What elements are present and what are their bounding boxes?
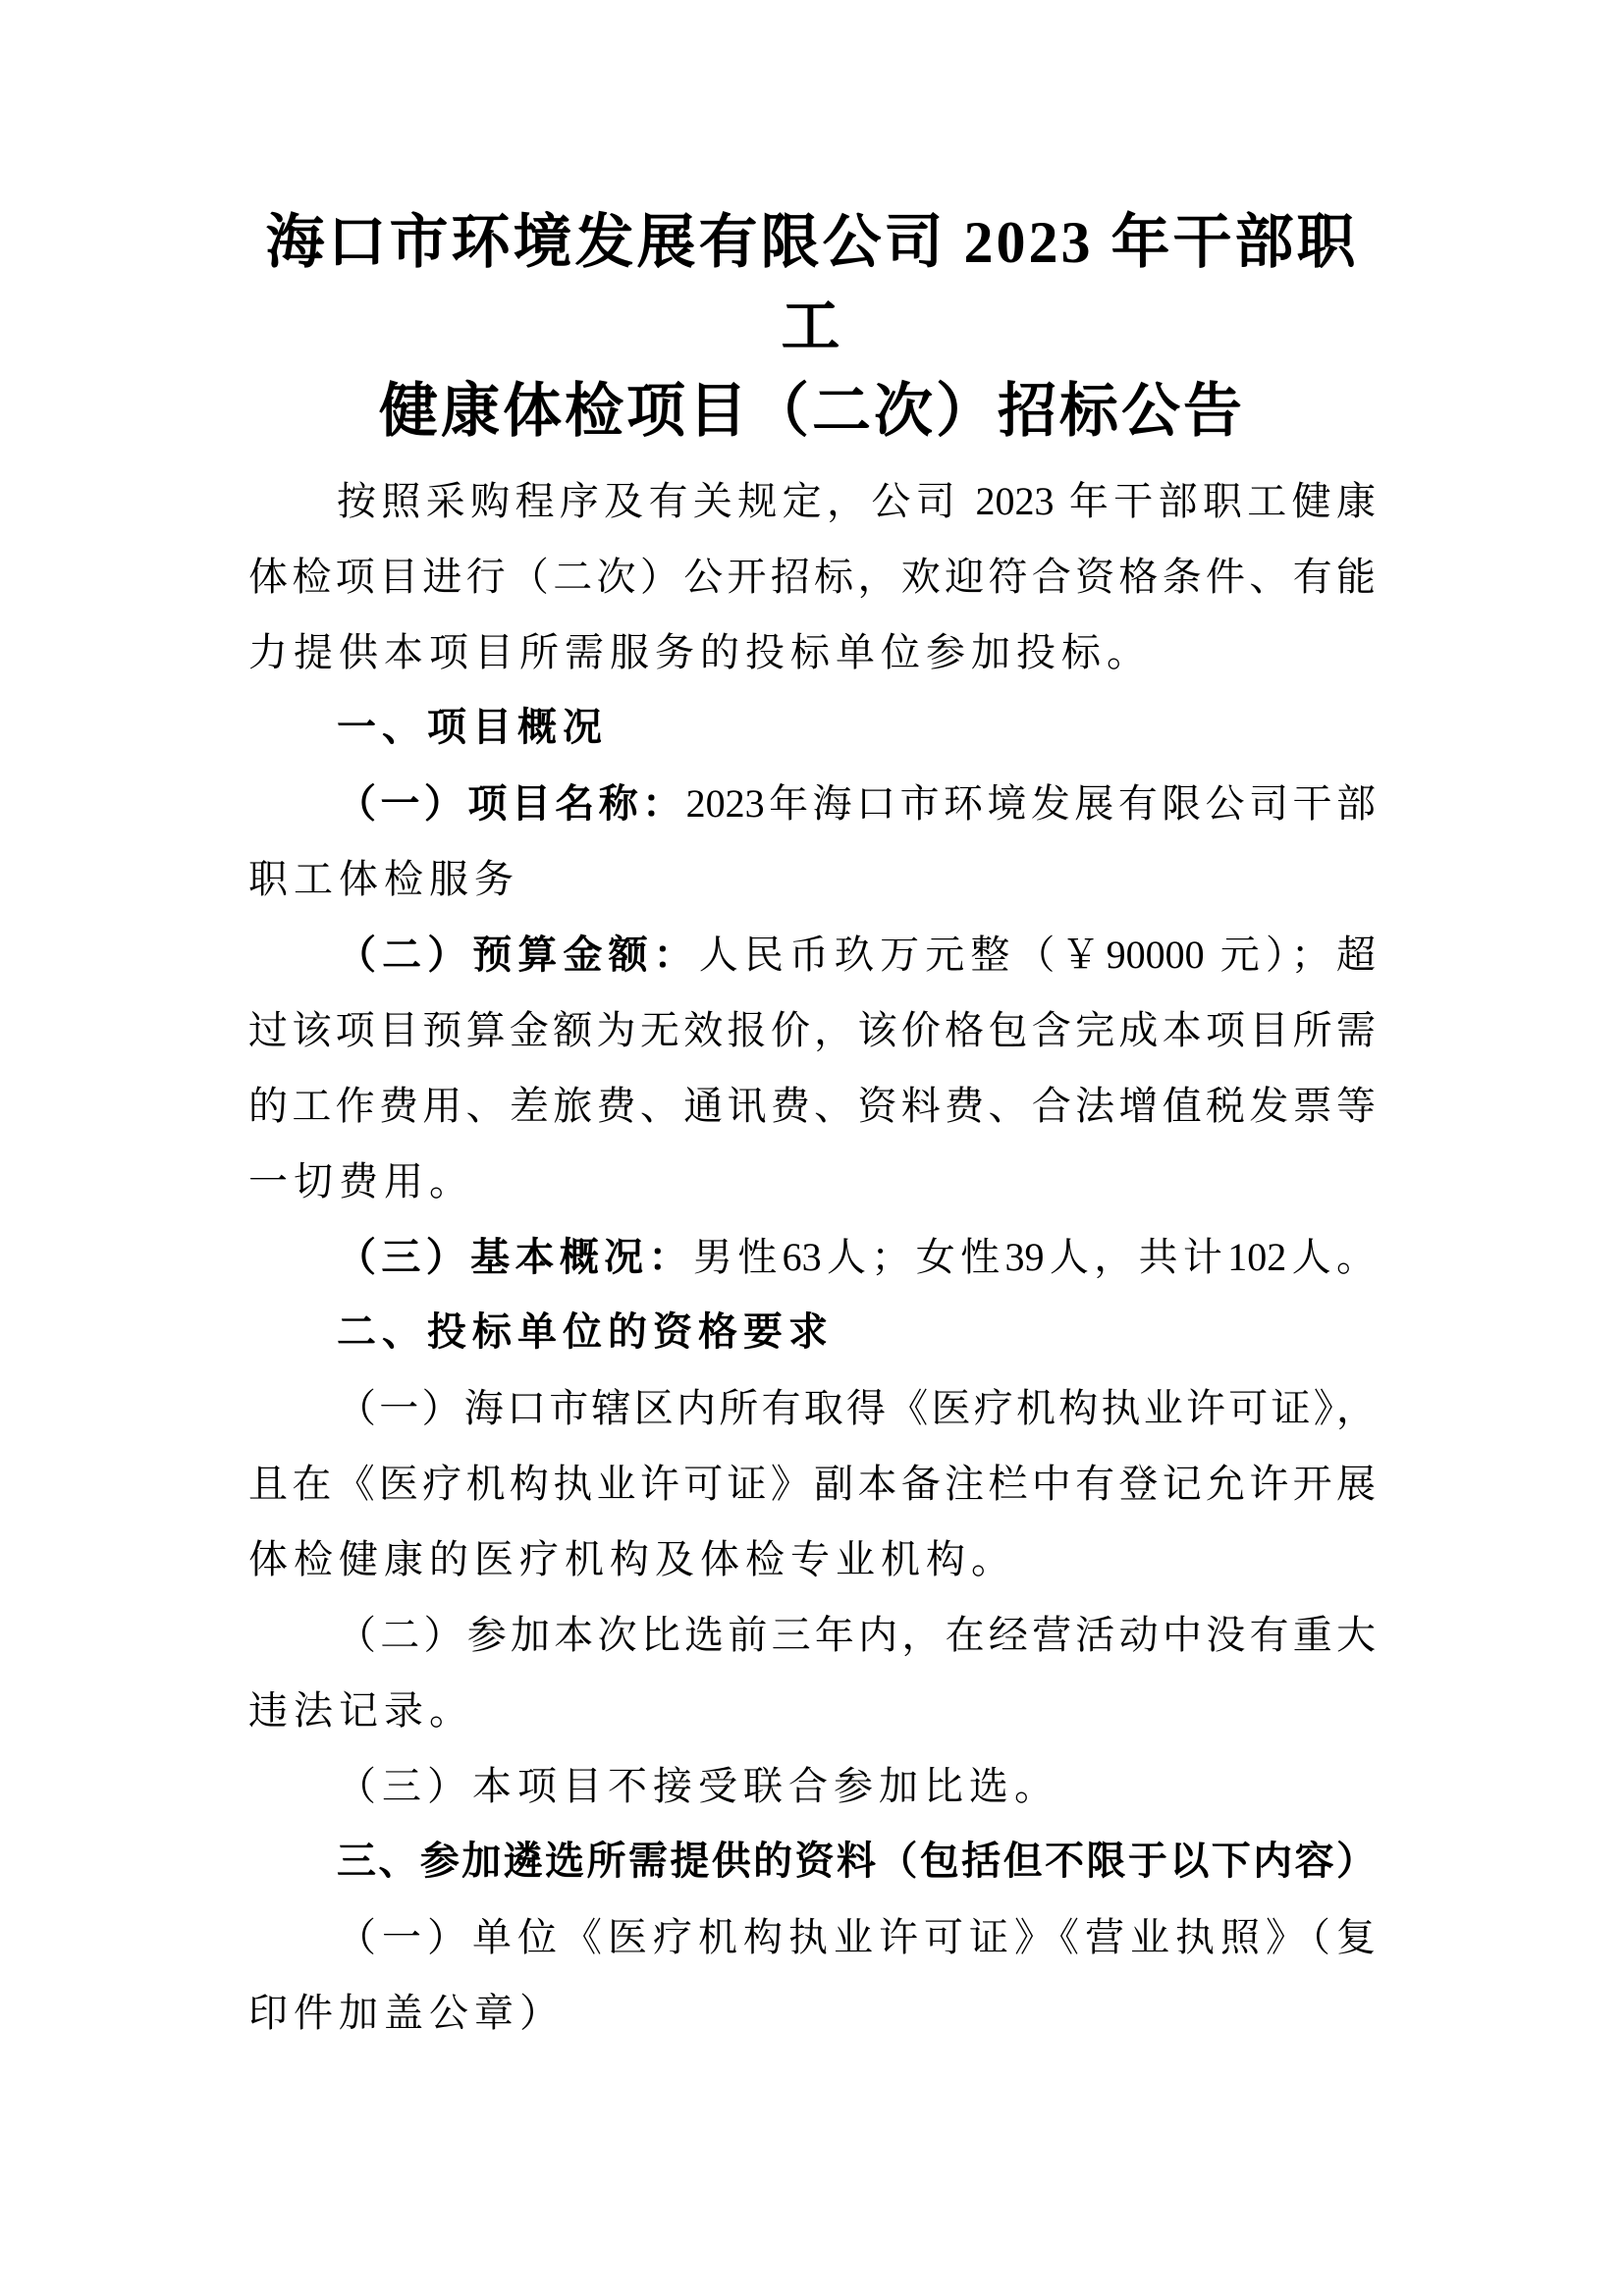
- text-line: （二）预算金额：人民币玖万元整（￥90000 元）；超: [248, 917, 1376, 992]
- line-text: （二）参加本次比选前三年内，在经营活动中没有重大: [337, 1613, 1376, 1657]
- line-text: 按照采购程序及有关规定，公司 2023 年干部职工健康: [337, 479, 1376, 523]
- text-line: 一切费用。: [248, 1144, 1376, 1219]
- line-text: 一切费用。: [248, 1159, 474, 1203]
- text-line: （一）海口市辖区内所有取得《医疗机构执业许可证》，: [248, 1370, 1376, 1446]
- line-bold-label: （三）基本概况：: [337, 1235, 693, 1279]
- text-line: 力提供本项目所需服务的投标单位参加投标。: [248, 614, 1376, 690]
- text-line: （二）参加本次比选前三年内，在经营活动中没有重大: [248, 1597, 1376, 1673]
- heading-label: 二、投标单位的资格要求: [337, 1310, 834, 1354]
- line-text: 职工体检服务: [248, 857, 519, 901]
- line-text: 印件加盖公章）: [248, 1991, 565, 2035]
- text-line: 体检健康的医疗机构及体检专业机构。: [248, 1522, 1376, 1597]
- text-line: 违法记录。: [248, 1673, 1376, 1748]
- line-text: 男性63人；女性39人，共计102人。: [693, 1235, 1376, 1279]
- text-line: （一）单位《医疗机构执业许可证》《营业执照》（复: [248, 1899, 1376, 1975]
- text-line: 体检项目进行（二次）公开招标，欢迎符合资格条件、有能: [248, 539, 1376, 614]
- document-body: 按照采购程序及有关规定，公司 2023 年干部职工健康 体检项目进行（二次）公开…: [248, 463, 1376, 2051]
- title-line-1: 海口市环境发展有限公司 2023 年干部职工: [248, 200, 1376, 369]
- text-line: 印件加盖公章）: [248, 1975, 1376, 2051]
- text-line: 过该项目预算金额为无效报价，该价格包含完成本项目所需: [248, 992, 1376, 1068]
- text-line: 且在《医疗机构执业许可证》副本备注栏中有登记允许开展: [248, 1446, 1376, 1522]
- text-line: （一）项目名称：2023年海口市环境发展有限公司干部: [248, 766, 1376, 841]
- line-bold-label: （二）预算金额：: [337, 933, 699, 977]
- line-text: 违法记录。: [248, 1688, 474, 1733]
- heading-label: 一、项目概况: [337, 706, 608, 749]
- line-text: 体检项目进行（二次）公开招标，欢迎符合资格条件、有能: [248, 555, 1376, 599]
- line-text: （一）单位《医疗机构执业许可证》《营业执照》（复: [337, 1915, 1376, 1959]
- line-text: 力提供本项目所需服务的投标单位参加投标。: [248, 630, 1152, 674]
- document-page: 海口市环境发展有限公司 2023 年干部职工 健康体检项目（二次）招标公告 按照…: [0, 0, 1624, 2296]
- section-heading-3: 三、参加遴选所需提供的资料（包括但不限于以下内容）: [248, 1824, 1376, 1899]
- line-bold-label: （一）项目名称：: [337, 781, 686, 826]
- line-text: 2023年海口市环境发展有限公司干部: [686, 781, 1376, 826]
- line-text: （一）海口市辖区内所有取得《医疗机构执业许可证》，: [337, 1386, 1376, 1430]
- line-text: 且在《医疗机构执业许可证》副本备注栏中有登记允许开展: [248, 1462, 1376, 1506]
- line-text: 的工作费用、差旅费、通讯费、资料费、合法增值税发票等: [248, 1084, 1376, 1128]
- document-title: 海口市环境发展有限公司 2023 年干部职工 健康体检项目（二次）招标公告: [248, 200, 1376, 454]
- text-line: 职工体检服务: [248, 841, 1376, 917]
- text-line: （三）本项目不接受联合参加比选。: [248, 1748, 1376, 1824]
- line-text: 过该项目预算金额为无效报价，该价格包含完成本项目所需: [248, 1008, 1376, 1052]
- text-line: （三）基本概况：男性63人；女性39人，共计102人。: [248, 1219, 1376, 1295]
- heading-label: 三、参加遴选所需提供的资料（包括但不限于以下内容）: [337, 1840, 1376, 1883]
- line-text: （三）本项目不接受联合参加比选。: [337, 1764, 1059, 1808]
- line-text: 人民币玖万元整（￥90000 元）；超: [699, 933, 1376, 977]
- section-heading-2: 二、投标单位的资格要求: [248, 1295, 1376, 1370]
- section-heading-1: 一、项目概况: [248, 690, 1376, 766]
- text-line: 按照采购程序及有关规定，公司 2023 年干部职工健康: [248, 463, 1376, 539]
- text-line: 的工作费用、差旅费、通讯费、资料费、合法增值税发票等: [248, 1068, 1376, 1144]
- title-line-2: 健康体检项目（二次）招标公告: [248, 369, 1376, 454]
- line-text: 体检健康的医疗机构及体检专业机构。: [248, 1537, 1016, 1581]
